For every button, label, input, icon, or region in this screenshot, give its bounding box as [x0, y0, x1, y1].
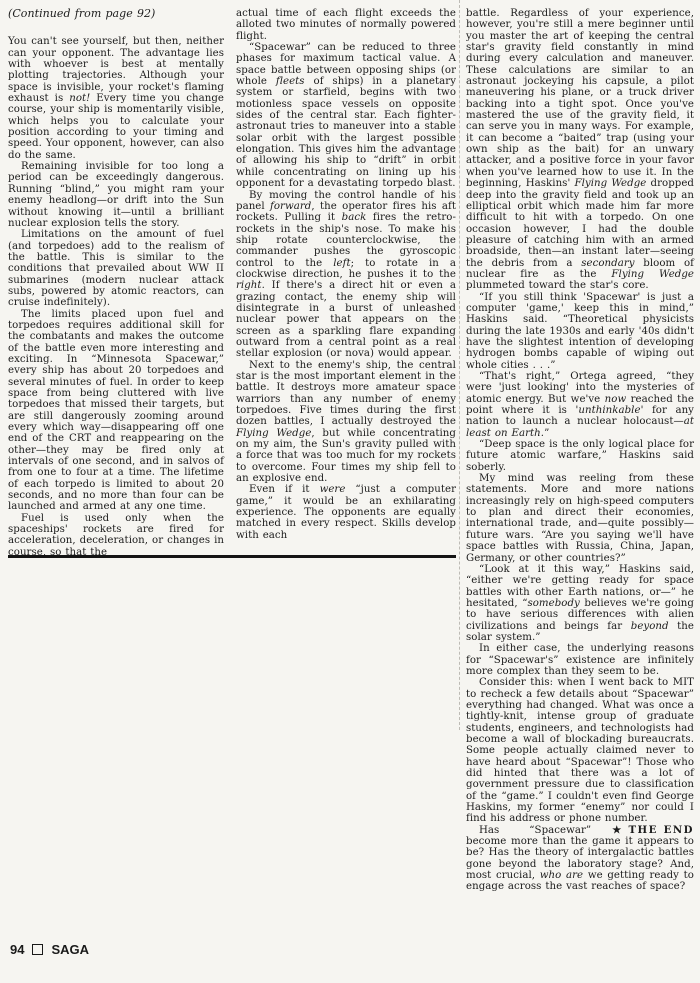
- column-divider-line: [459, 0, 460, 730]
- text-segment: battle. Regardless of your experience, h…: [466, 8, 694, 189]
- text-segment: not!: [69, 93, 90, 104]
- article-column-1: (Continued from page 92) You can't see y…: [8, 8, 224, 558]
- magazine-page: (Continued from page 92) You can't see y…: [0, 0, 700, 983]
- text-segment: of ships) in a planetary system or starf…: [236, 76, 456, 189]
- text-segment: Remaining invisible for too long a perio…: [8, 161, 224, 229]
- text-segment: Flying Wedge: [236, 428, 311, 439]
- column-2-text: actual time of each flight exceeds the a…: [236, 8, 456, 541]
- paragraph: Next to the enemy's ship, the central st…: [236, 360, 456, 485]
- page-footer: 94 SAGA: [10, 942, 89, 957]
- text-segment: “If you still think 'Spacewar' is just a…: [466, 292, 694, 371]
- text-segment: left: [333, 258, 350, 269]
- text-segment: Flying Wedge: [574, 178, 646, 189]
- paragraph: ★ THE ENDHas “Spacewar” become more than…: [466, 825, 694, 893]
- text-segment: somebody: [527, 598, 579, 609]
- paragraph: By moving the control handle of his pane…: [236, 190, 456, 360]
- paragraph: “Spacewar” can be reduced to three phase…: [236, 42, 456, 189]
- paragraph: battle. Regardless of your experience, h…: [466, 8, 694, 292]
- text-segment: Flying Wedge: [611, 269, 694, 280]
- text-segment: right: [236, 280, 262, 291]
- text-segment: plummeted toward the star's core.: [466, 280, 649, 291]
- text-segment: secondary: [581, 258, 634, 269]
- paragraph: Even if it were “just a computer game,” …: [236, 484, 456, 541]
- paragraph: actual time of each flight exceeds the a…: [236, 8, 456, 42]
- paragraph: Remaining invisible for too long a perio…: [8, 161, 224, 229]
- paragraph: “If you still think 'Spacewar' is just a…: [466, 292, 694, 371]
- text-segment: My mind was reeling from these statement…: [466, 473, 694, 563]
- horizontal-rule: [8, 555, 456, 558]
- the-end-marker: ★ THE END: [591, 825, 694, 836]
- paragraph: Fuel is used only when the spaceships' r…: [8, 513, 224, 558]
- text-segment: were: [320, 484, 346, 495]
- paragraph: “Deep space is the only logical place fo…: [466, 439, 694, 473]
- magazine-name: SAGA: [51, 942, 89, 957]
- text-segment: .”: [541, 428, 550, 439]
- paragraph: Consider this: when I went back to MIT t…: [466, 677, 694, 824]
- paragraph: My mind was reeling from these statement…: [466, 473, 694, 564]
- text-segment: dropped deep into the gravity field and …: [466, 178, 694, 268]
- text-segment: Even if it: [249, 484, 320, 495]
- paragraph: “Look at it this way,” Haskins said, “ei…: [466, 564, 694, 643]
- paragraph: In either case, the underlying reasons f…: [466, 643, 694, 677]
- text-segment: back: [342, 212, 367, 223]
- text-segment: who are: [540, 870, 583, 881]
- text-segment: Consider this: when I went back to MIT t…: [466, 677, 694, 824]
- text-segment: actual time of each flight exceeds the a…: [236, 8, 456, 42]
- paragraph: You can't see yourself, but then, neithe…: [8, 36, 224, 161]
- page-number: 94: [10, 942, 24, 957]
- column-3-text: battle. Regardless of your experience, h…: [466, 8, 694, 893]
- continued-from-note: (Continued from page 92): [8, 8, 224, 19]
- text-segment: Fuel is used only when the spaceships' r…: [8, 513, 224, 558]
- text-segment: . If there's a direct hit or even a graz…: [236, 280, 456, 359]
- open-square-icon: [32, 944, 43, 955]
- text-segment: 'unthinkable': [576, 405, 644, 416]
- text-segment: now: [605, 394, 627, 405]
- article-column-3: battle. Regardless of your experience, h…: [466, 8, 694, 893]
- text-segment: fleets: [276, 76, 305, 87]
- text-segment: forward: [270, 201, 311, 212]
- column-1-text: You can't see yourself, but then, neithe…: [8, 36, 224, 558]
- text-segment: Next to the enemy's ship, the central st…: [236, 360, 456, 428]
- text-segment: Limitations on the amount of fuel (and t…: [8, 229, 224, 308]
- text-segment: In either case, the underlying reasons f…: [466, 643, 694, 677]
- paragraph: The limits placed upon fuel and torpedoe…: [8, 309, 224, 513]
- text-segment: beyond: [631, 621, 669, 632]
- paragraph: Limitations on the amount of fuel (and t…: [8, 229, 224, 308]
- paragraph: “That's right,” Ortega agreed, “they wer…: [466, 371, 694, 439]
- text-segment: “Deep space is the only logical place fo…: [466, 439, 694, 473]
- article-column-2: actual time of each flight exceeds the a…: [236, 8, 456, 541]
- text-segment: The limits placed upon fuel and torpedoe…: [8, 309, 224, 513]
